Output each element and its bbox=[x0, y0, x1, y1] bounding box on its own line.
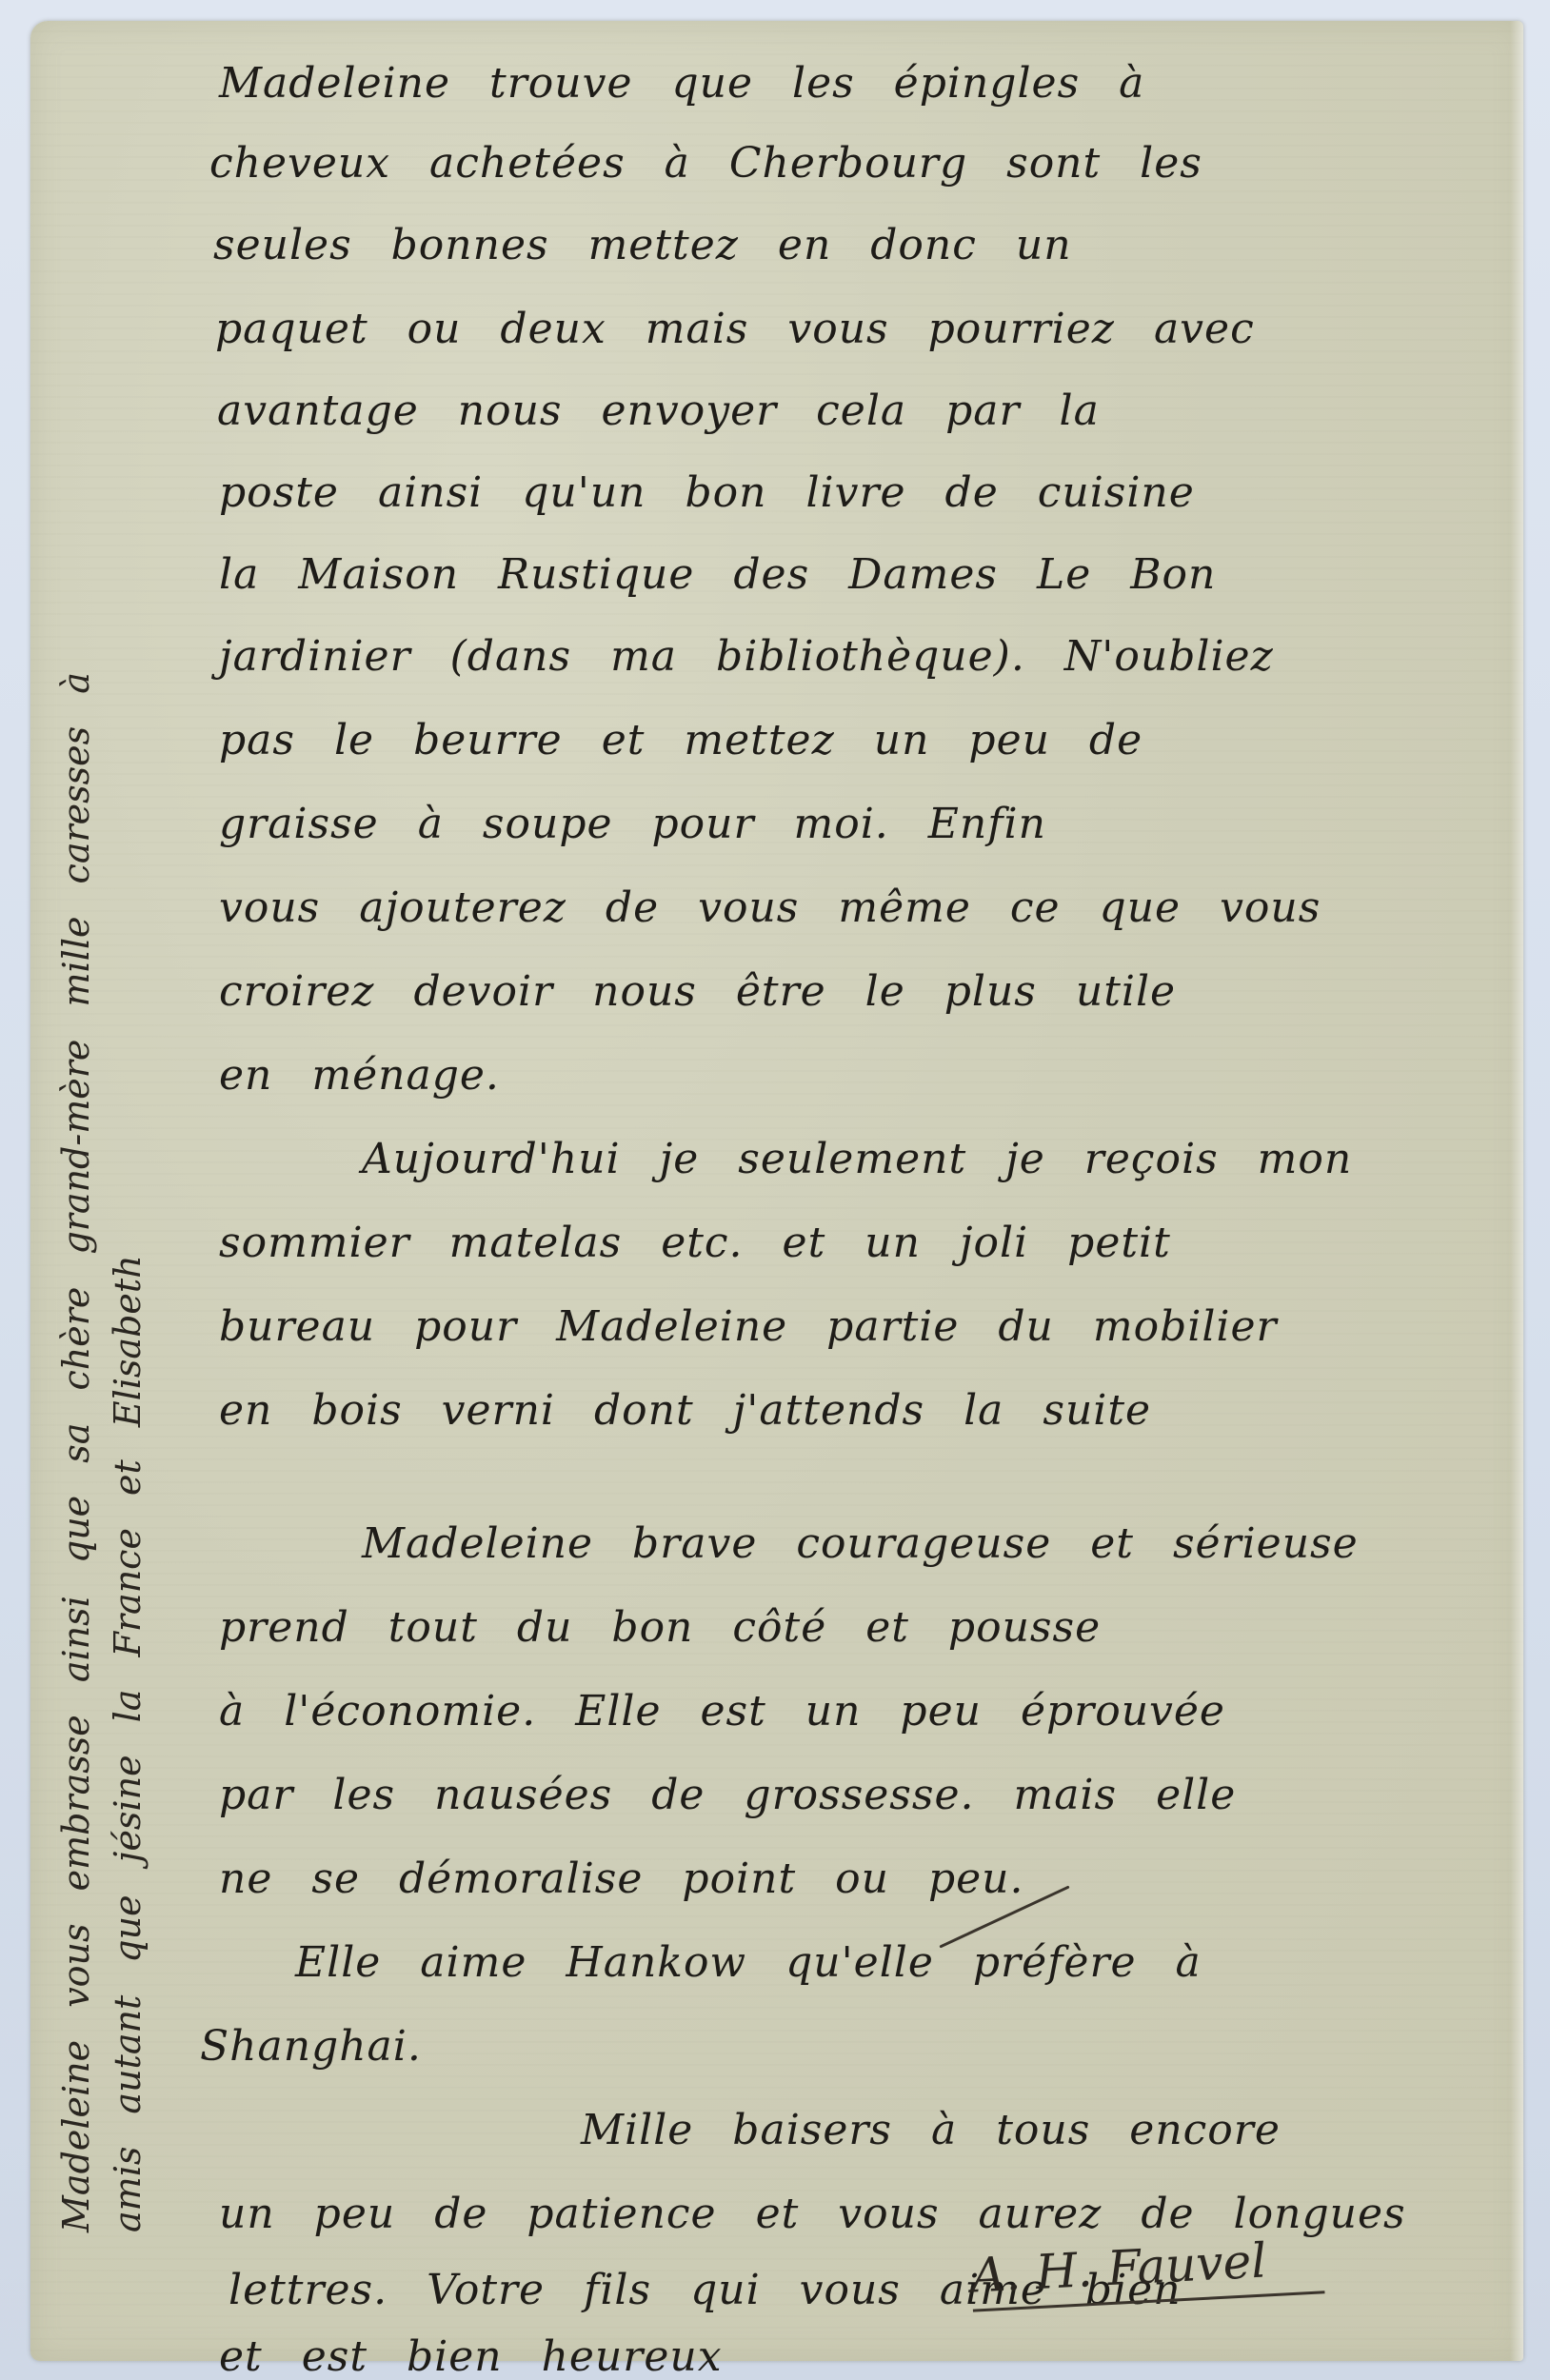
letter-line-13: en ménage. bbox=[219, 1051, 500, 1100]
letter-line-1: Madeleine trouve que les épingles à bbox=[219, 59, 1144, 108]
letter-line-9: pas le beurre et mettez un peu de bbox=[219, 716, 1143, 764]
letter-line-19: prend tout du bon côté et pousse bbox=[219, 1603, 1101, 1652]
letter-line-12: croirez devoir nous être le plus utile bbox=[219, 967, 1176, 1016]
letter-line-16: bureau pour Madeleine partie du mobilier bbox=[219, 1302, 1278, 1351]
letter-line-17: en bois verni dont j'attends la suite bbox=[219, 1386, 1151, 1435]
letter-line-8: jardinier (dans ma bibliothèque). N'oubl… bbox=[219, 632, 1274, 681]
letter-line-22: ne se démoralise point ou peu. bbox=[219, 1854, 1023, 1903]
letter-line-20: à l'économie. Elle est un peu éprouvée bbox=[219, 1687, 1225, 1735]
letter-line-15: sommier matelas etc. et un joli petit bbox=[219, 1219, 1171, 1267]
margin-note-2: amis autant que jésine la France et Elis… bbox=[107, 1255, 149, 2232]
letter-line-4: paquet ou deux mais vous pourriez avec bbox=[215, 305, 1255, 353]
letter-line-23: Elle aime Hankow qu'elle préfère à bbox=[295, 1938, 1202, 1987]
letter-line-21: par les nausées de grossesse. mais elle bbox=[219, 1771, 1236, 1819]
letter-line-18: Madeleine brave courageuse et sérieuse bbox=[362, 1519, 1359, 1568]
letter-line-3: seules bonnes mettez en donc un bbox=[213, 221, 1072, 269]
letter-line-28: et est bien heureux bbox=[219, 2332, 723, 2380]
letter-sheet bbox=[30, 21, 1523, 2361]
margin-note-1: Madeleine vous embrasse ainsi que sa chè… bbox=[55, 672, 97, 2232]
letter-line-26: un peu de patience et vous aurez de long… bbox=[219, 2190, 1406, 2238]
letter-line-2: cheveux achetées à Cherbourg sont les bbox=[209, 139, 1202, 188]
letter-line-24: Shanghai. bbox=[200, 2022, 422, 2071]
letter-line-25: Mille baisers à tous encore bbox=[581, 2106, 1281, 2154]
letter-line-7: la Maison Rustique des Dames Le Bon bbox=[219, 550, 1216, 599]
letter-line-11: vous ajouterez de vous même ce que vous bbox=[219, 883, 1321, 932]
letter-line-6: poste ainsi qu'un bon livre de cuisine bbox=[219, 468, 1195, 517]
letter-line-14: Aujourd'hui je seulement je reçois mon bbox=[362, 1135, 1352, 1183]
letter-line-5: avantage nous envoyer cela par la bbox=[217, 387, 1100, 435]
letter-line-10: graisse à soupe pour moi. Enfin bbox=[219, 800, 1046, 848]
